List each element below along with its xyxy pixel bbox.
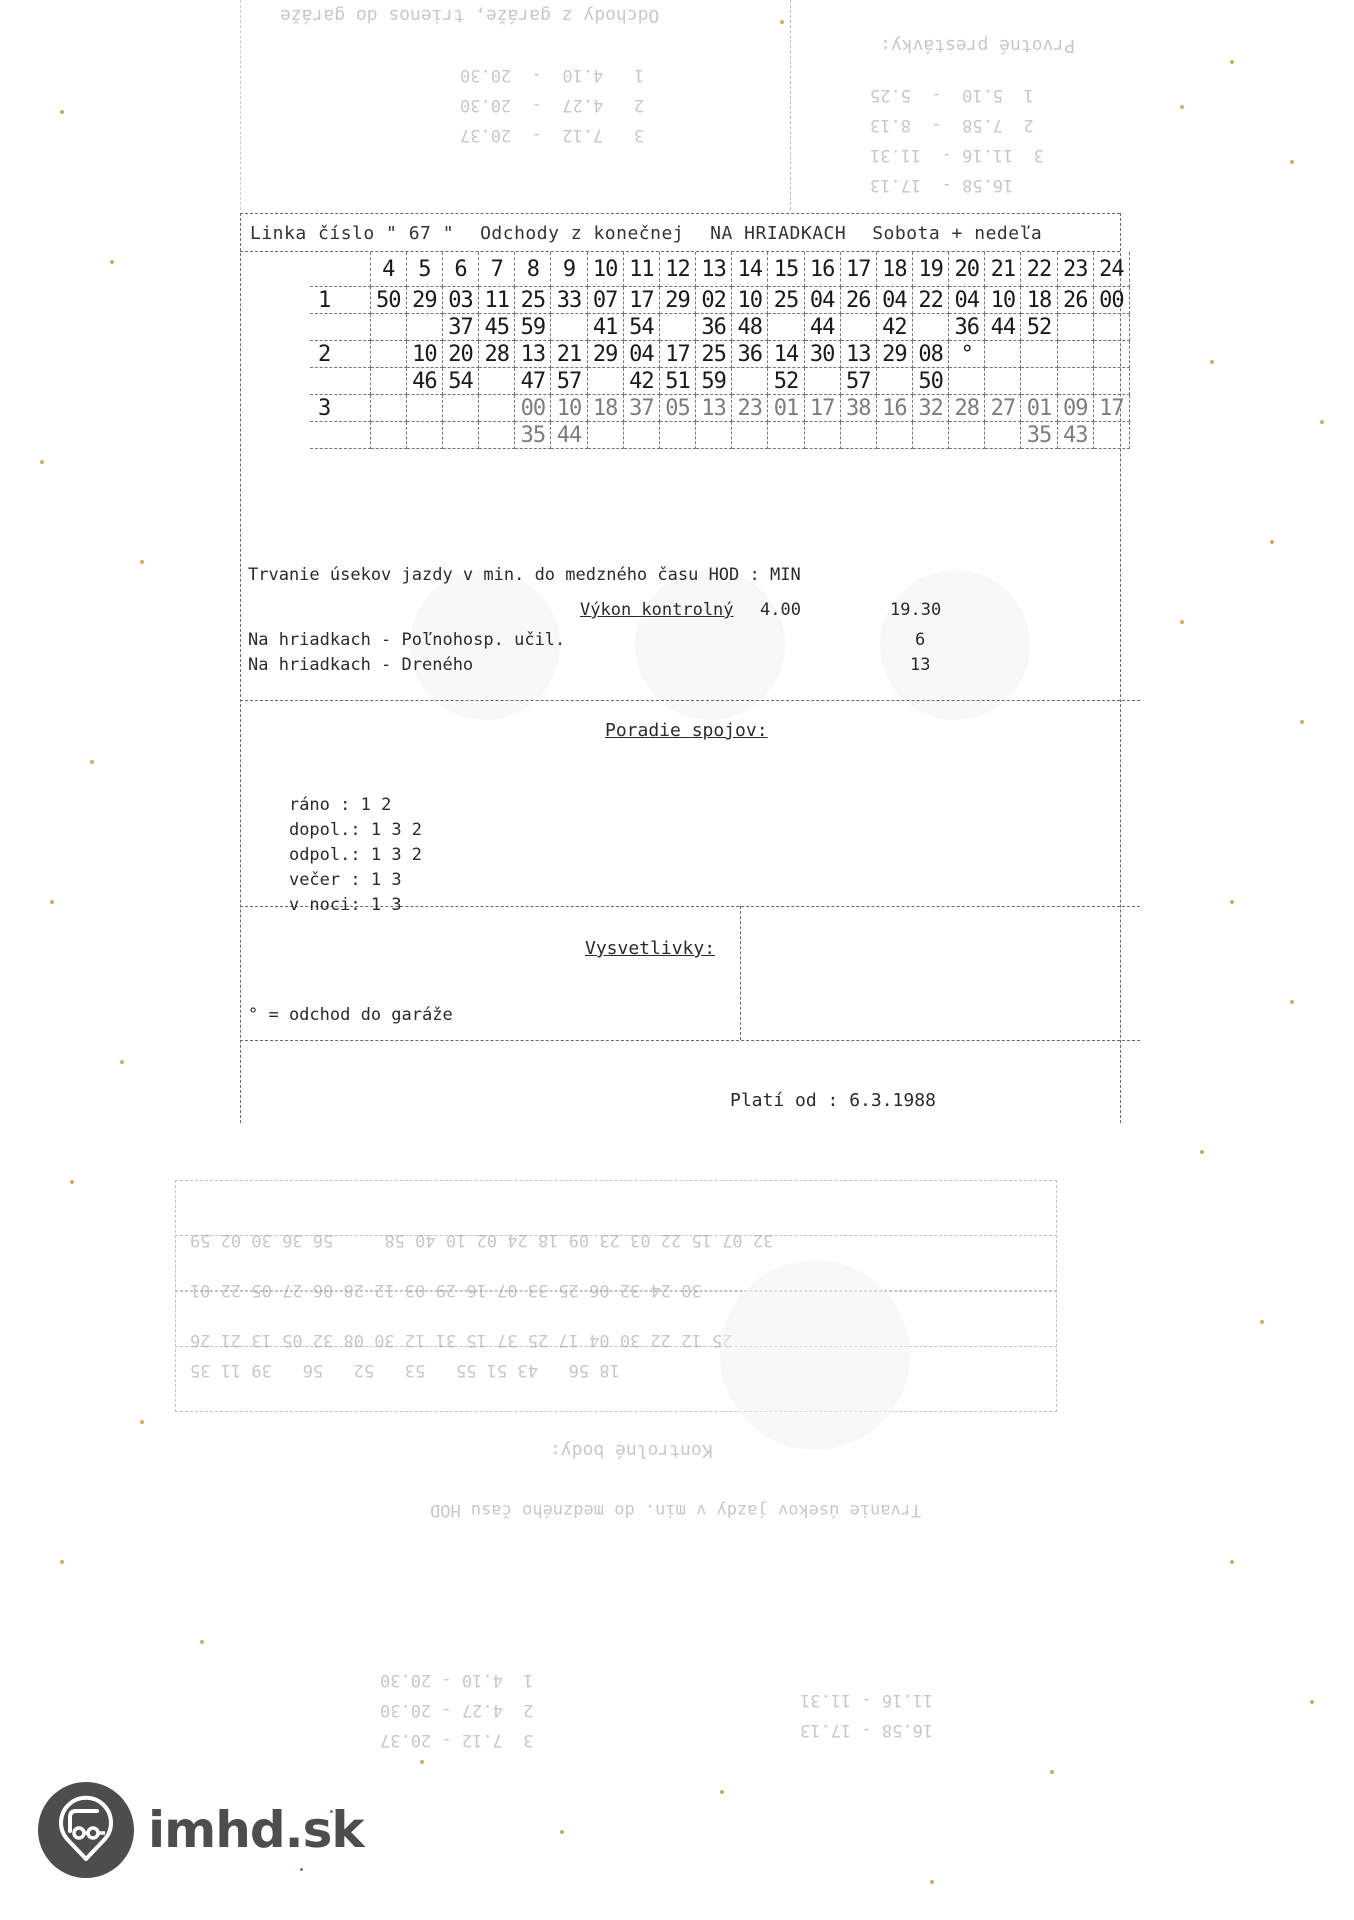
minute-cell bbox=[840, 422, 876, 449]
minute-cell: 07 bbox=[587, 287, 623, 314]
minute-cell bbox=[406, 395, 442, 422]
minute-cell bbox=[442, 395, 478, 422]
minute-cell: 28 bbox=[479, 341, 515, 368]
minute-cell: 35 bbox=[1021, 422, 1057, 449]
control-line: Na hriadkach - Poľnohosp. učil. bbox=[248, 630, 565, 650]
minute-cell: 00 bbox=[515, 395, 551, 422]
run-number bbox=[310, 422, 370, 449]
minute-cell bbox=[1021, 368, 1057, 395]
run-number bbox=[310, 314, 370, 341]
minute-cell: 45 bbox=[479, 314, 515, 341]
hour-cell: 20 bbox=[949, 252, 985, 287]
minute-cell: 23 bbox=[732, 395, 768, 422]
ghost-bottom-note: Trvanie úsekov jazdy v min. do medzného … bbox=[430, 1500, 921, 1520]
minute-cell: 02 bbox=[696, 287, 732, 314]
minute-cell: 13 bbox=[515, 341, 551, 368]
legend-item: ° = odchod do garáže bbox=[248, 1005, 453, 1025]
minute-cell: 36 bbox=[732, 341, 768, 368]
hour-cell: 13 bbox=[696, 252, 732, 287]
minute-cell: 57 bbox=[551, 368, 587, 395]
hour-cell: 24 bbox=[1093, 252, 1129, 287]
timetable-header: Linka číslo " 67 " Odchody z konečnej NA… bbox=[250, 215, 1120, 251]
minute-cell: 37 bbox=[442, 314, 478, 341]
minute-cell: 33 bbox=[551, 287, 587, 314]
control-time-2: 19.30 bbox=[890, 600, 941, 620]
minute-cell bbox=[370, 395, 406, 422]
minute-cell bbox=[949, 368, 985, 395]
minute-cell bbox=[659, 422, 695, 449]
control-title: Výkon kontrolný bbox=[580, 600, 734, 620]
hour-cell: 15 bbox=[768, 252, 804, 287]
minute-cell bbox=[1057, 314, 1093, 341]
hour-cell: 17 bbox=[840, 252, 876, 287]
minute-cell: 17 bbox=[623, 287, 659, 314]
minute-cell bbox=[804, 422, 840, 449]
control-value: 6 bbox=[915, 630, 925, 650]
minute-cell bbox=[479, 422, 515, 449]
run-number: 3 bbox=[310, 395, 370, 422]
hour-cell: 23 bbox=[1057, 252, 1093, 287]
minute-cell: 50 bbox=[913, 368, 949, 395]
minute-cell: 18 bbox=[587, 395, 623, 422]
minute-cell: 17 bbox=[659, 341, 695, 368]
hour-cell: 10 bbox=[587, 252, 623, 287]
minute-cell bbox=[370, 341, 406, 368]
departure-row: 374559415436484442364452 bbox=[310, 314, 1130, 341]
hour-cell: 21 bbox=[985, 252, 1021, 287]
minute-cell: 25 bbox=[768, 287, 804, 314]
minute-cell bbox=[1057, 368, 1093, 395]
hour-cell: 11 bbox=[623, 252, 659, 287]
hour-cell: 22 bbox=[1021, 252, 1057, 287]
minute-cell: 29 bbox=[876, 341, 912, 368]
run-number: 2 bbox=[310, 341, 370, 368]
minute-cell bbox=[804, 368, 840, 395]
hour-cell: 6 bbox=[442, 252, 478, 287]
hour-cell: 9 bbox=[551, 252, 587, 287]
minute-cell: 14 bbox=[768, 341, 804, 368]
minute-cell bbox=[370, 422, 406, 449]
terminus-name: NA HRIADKACH bbox=[710, 223, 846, 244]
departure-rows: 1502903112533071729021025042604220410182… bbox=[310, 287, 1130, 449]
departure-row: 46544757425159525750 bbox=[310, 368, 1130, 395]
minute-cell bbox=[732, 422, 768, 449]
minute-cell: 51 bbox=[659, 368, 695, 395]
minute-cell bbox=[442, 422, 478, 449]
minute-cell bbox=[985, 368, 1021, 395]
minute-cell bbox=[1093, 314, 1129, 341]
hour-cell: 4 bbox=[370, 252, 406, 287]
ghost-bottom-title: Kontrolné body: bbox=[550, 1440, 713, 1461]
minute-cell: 03 bbox=[442, 287, 478, 314]
minute-cell: 44 bbox=[985, 314, 1021, 341]
minute-cell: ° bbox=[949, 341, 985, 368]
minute-cell bbox=[876, 422, 912, 449]
valid-from: Platí od : 6.3.1988 bbox=[730, 1090, 936, 1111]
minute-cell bbox=[370, 368, 406, 395]
minute-cell: 17 bbox=[1093, 395, 1129, 422]
control-time-1: 4.00 bbox=[760, 600, 801, 620]
minute-cell: 04 bbox=[876, 287, 912, 314]
departure-row: 2102028132129041725361430132908° bbox=[310, 341, 1130, 368]
minute-cell: 42 bbox=[876, 314, 912, 341]
minute-cell: 13 bbox=[840, 341, 876, 368]
minute-cell bbox=[1021, 341, 1057, 368]
order-title: Poradie spojov: bbox=[605, 720, 768, 741]
duration-note: Trvanie úsekov jazdy v min. do medzného … bbox=[248, 565, 801, 585]
minute-cell: 54 bbox=[442, 368, 478, 395]
minute-cell bbox=[370, 314, 406, 341]
minute-cell bbox=[985, 341, 1021, 368]
minute-cell bbox=[1093, 422, 1129, 449]
hour-cell: 12 bbox=[659, 252, 695, 287]
minute-cell: 37 bbox=[623, 395, 659, 422]
hour-cell: 14 bbox=[732, 252, 768, 287]
minute-cell: 30 bbox=[804, 341, 840, 368]
control-line: Na hriadkach - Dreného bbox=[248, 655, 473, 675]
minute-cell: 36 bbox=[949, 314, 985, 341]
minute-cell: 44 bbox=[804, 314, 840, 341]
minute-cell: 47 bbox=[515, 368, 551, 395]
minute-cell: 48 bbox=[732, 314, 768, 341]
departures-label: Odchody z konečnej bbox=[480, 223, 684, 244]
minute-cell bbox=[985, 422, 1021, 449]
departure-row: 30010183705132301173816322827010917 bbox=[310, 395, 1130, 422]
minute-cell: 32 bbox=[913, 395, 949, 422]
minute-cell bbox=[587, 368, 623, 395]
minute-cell: 35 bbox=[515, 422, 551, 449]
run-number: 1 bbox=[310, 287, 370, 314]
minute-cell bbox=[406, 422, 442, 449]
departure-row: 1502903112533071729021025042604220410182… bbox=[310, 287, 1130, 314]
minute-cell: 13 bbox=[696, 395, 732, 422]
hour-cell: 8 bbox=[515, 252, 551, 287]
minute-cell: 20 bbox=[442, 341, 478, 368]
minute-cell bbox=[1093, 341, 1129, 368]
minute-cell: 54 bbox=[623, 314, 659, 341]
minute-cell: 57 bbox=[840, 368, 876, 395]
minute-cell bbox=[479, 395, 515, 422]
departure-table: 4 5 6 7 8 9 10 11 12 13 14 15 16 17 18 1… bbox=[310, 252, 1130, 449]
minute-cell: 10 bbox=[551, 395, 587, 422]
imhd-logo[interactable]: imhd.sk bbox=[38, 1782, 364, 1878]
minute-cell: 29 bbox=[406, 287, 442, 314]
minute-cell bbox=[406, 314, 442, 341]
minute-cell bbox=[1093, 368, 1129, 395]
minute-cell: 04 bbox=[949, 287, 985, 314]
minute-cell: 38 bbox=[840, 395, 876, 422]
minute-cell: 04 bbox=[623, 341, 659, 368]
minute-cell: 10 bbox=[732, 287, 768, 314]
minute-cell: 25 bbox=[696, 341, 732, 368]
minute-cell bbox=[587, 422, 623, 449]
minute-cell bbox=[768, 422, 804, 449]
day-type: Sobota + nedeľa bbox=[872, 223, 1042, 244]
minute-cell bbox=[551, 314, 587, 341]
minute-cell: 25 bbox=[515, 287, 551, 314]
minute-cell: 50 bbox=[370, 287, 406, 314]
minute-cell: 18 bbox=[1021, 287, 1057, 314]
hour-cell: 19 bbox=[913, 252, 949, 287]
minute-cell: 08 bbox=[913, 341, 949, 368]
minute-cell: 09 bbox=[1057, 395, 1093, 422]
minute-cell bbox=[659, 314, 695, 341]
minute-cell bbox=[623, 422, 659, 449]
minute-cell: 43 bbox=[1057, 422, 1093, 449]
minute-cell: 10 bbox=[985, 287, 1021, 314]
minute-cell: 44 bbox=[551, 422, 587, 449]
minute-cell: 01 bbox=[1021, 395, 1057, 422]
hour-cell: 16 bbox=[804, 252, 840, 287]
minute-cell: 01 bbox=[768, 395, 804, 422]
minute-cell: 59 bbox=[515, 314, 551, 341]
minute-cell bbox=[840, 314, 876, 341]
line-label: Linka číslo " 67 " bbox=[250, 223, 454, 244]
hour-cell: 7 bbox=[479, 252, 515, 287]
minute-cell bbox=[1057, 341, 1093, 368]
minute-cell bbox=[913, 422, 949, 449]
minute-cell: 52 bbox=[768, 368, 804, 395]
minute-cell bbox=[913, 314, 949, 341]
minute-cell: 21 bbox=[551, 341, 587, 368]
minute-cell bbox=[949, 422, 985, 449]
minute-cell: 46 bbox=[406, 368, 442, 395]
minute-cell: 59 bbox=[696, 368, 732, 395]
run-number bbox=[310, 368, 370, 395]
minute-cell: 28 bbox=[949, 395, 985, 422]
minute-cell: 29 bbox=[659, 287, 695, 314]
minute-cell bbox=[696, 422, 732, 449]
minute-cell: 11 bbox=[479, 287, 515, 314]
minute-cell bbox=[479, 368, 515, 395]
order-period: v noci: 1 3 bbox=[248, 875, 402, 935]
departure-row: 35443543 bbox=[310, 422, 1130, 449]
minute-cell: 41 bbox=[587, 314, 623, 341]
minute-cell: 17 bbox=[804, 395, 840, 422]
minute-cell bbox=[768, 314, 804, 341]
hours-row: 4 5 6 7 8 9 10 11 12 13 14 15 16 17 18 1… bbox=[310, 252, 1130, 287]
minute-cell bbox=[732, 368, 768, 395]
minute-cell: 16 bbox=[876, 395, 912, 422]
minute-cell: 29 bbox=[587, 341, 623, 368]
timetable-sheet: Linka číslo " 67 " Odchody z konečnej NA… bbox=[240, 0, 1130, 1125]
minute-cell: 00 bbox=[1093, 287, 1129, 314]
bus-pin-icon bbox=[38, 1782, 134, 1878]
minute-cell: 10 bbox=[406, 341, 442, 368]
minute-cell: 52 bbox=[1021, 314, 1057, 341]
legend-title: Vysvetlivky: bbox=[585, 938, 715, 959]
minute-cell: 22 bbox=[913, 287, 949, 314]
minute-cell: 26 bbox=[840, 287, 876, 314]
minute-cell bbox=[876, 368, 912, 395]
minute-cell: 05 bbox=[659, 395, 695, 422]
minute-cell: 36 bbox=[696, 314, 732, 341]
hour-cell: 5 bbox=[406, 252, 442, 287]
minute-cell: 04 bbox=[804, 287, 840, 314]
hour-cell: 18 bbox=[876, 252, 912, 287]
control-value: 13 bbox=[910, 655, 930, 675]
minute-cell: 42 bbox=[623, 368, 659, 395]
minute-cell: 27 bbox=[985, 395, 1021, 422]
logo-text: imhd.sk bbox=[148, 1801, 364, 1859]
minute-cell: 26 bbox=[1057, 287, 1093, 314]
